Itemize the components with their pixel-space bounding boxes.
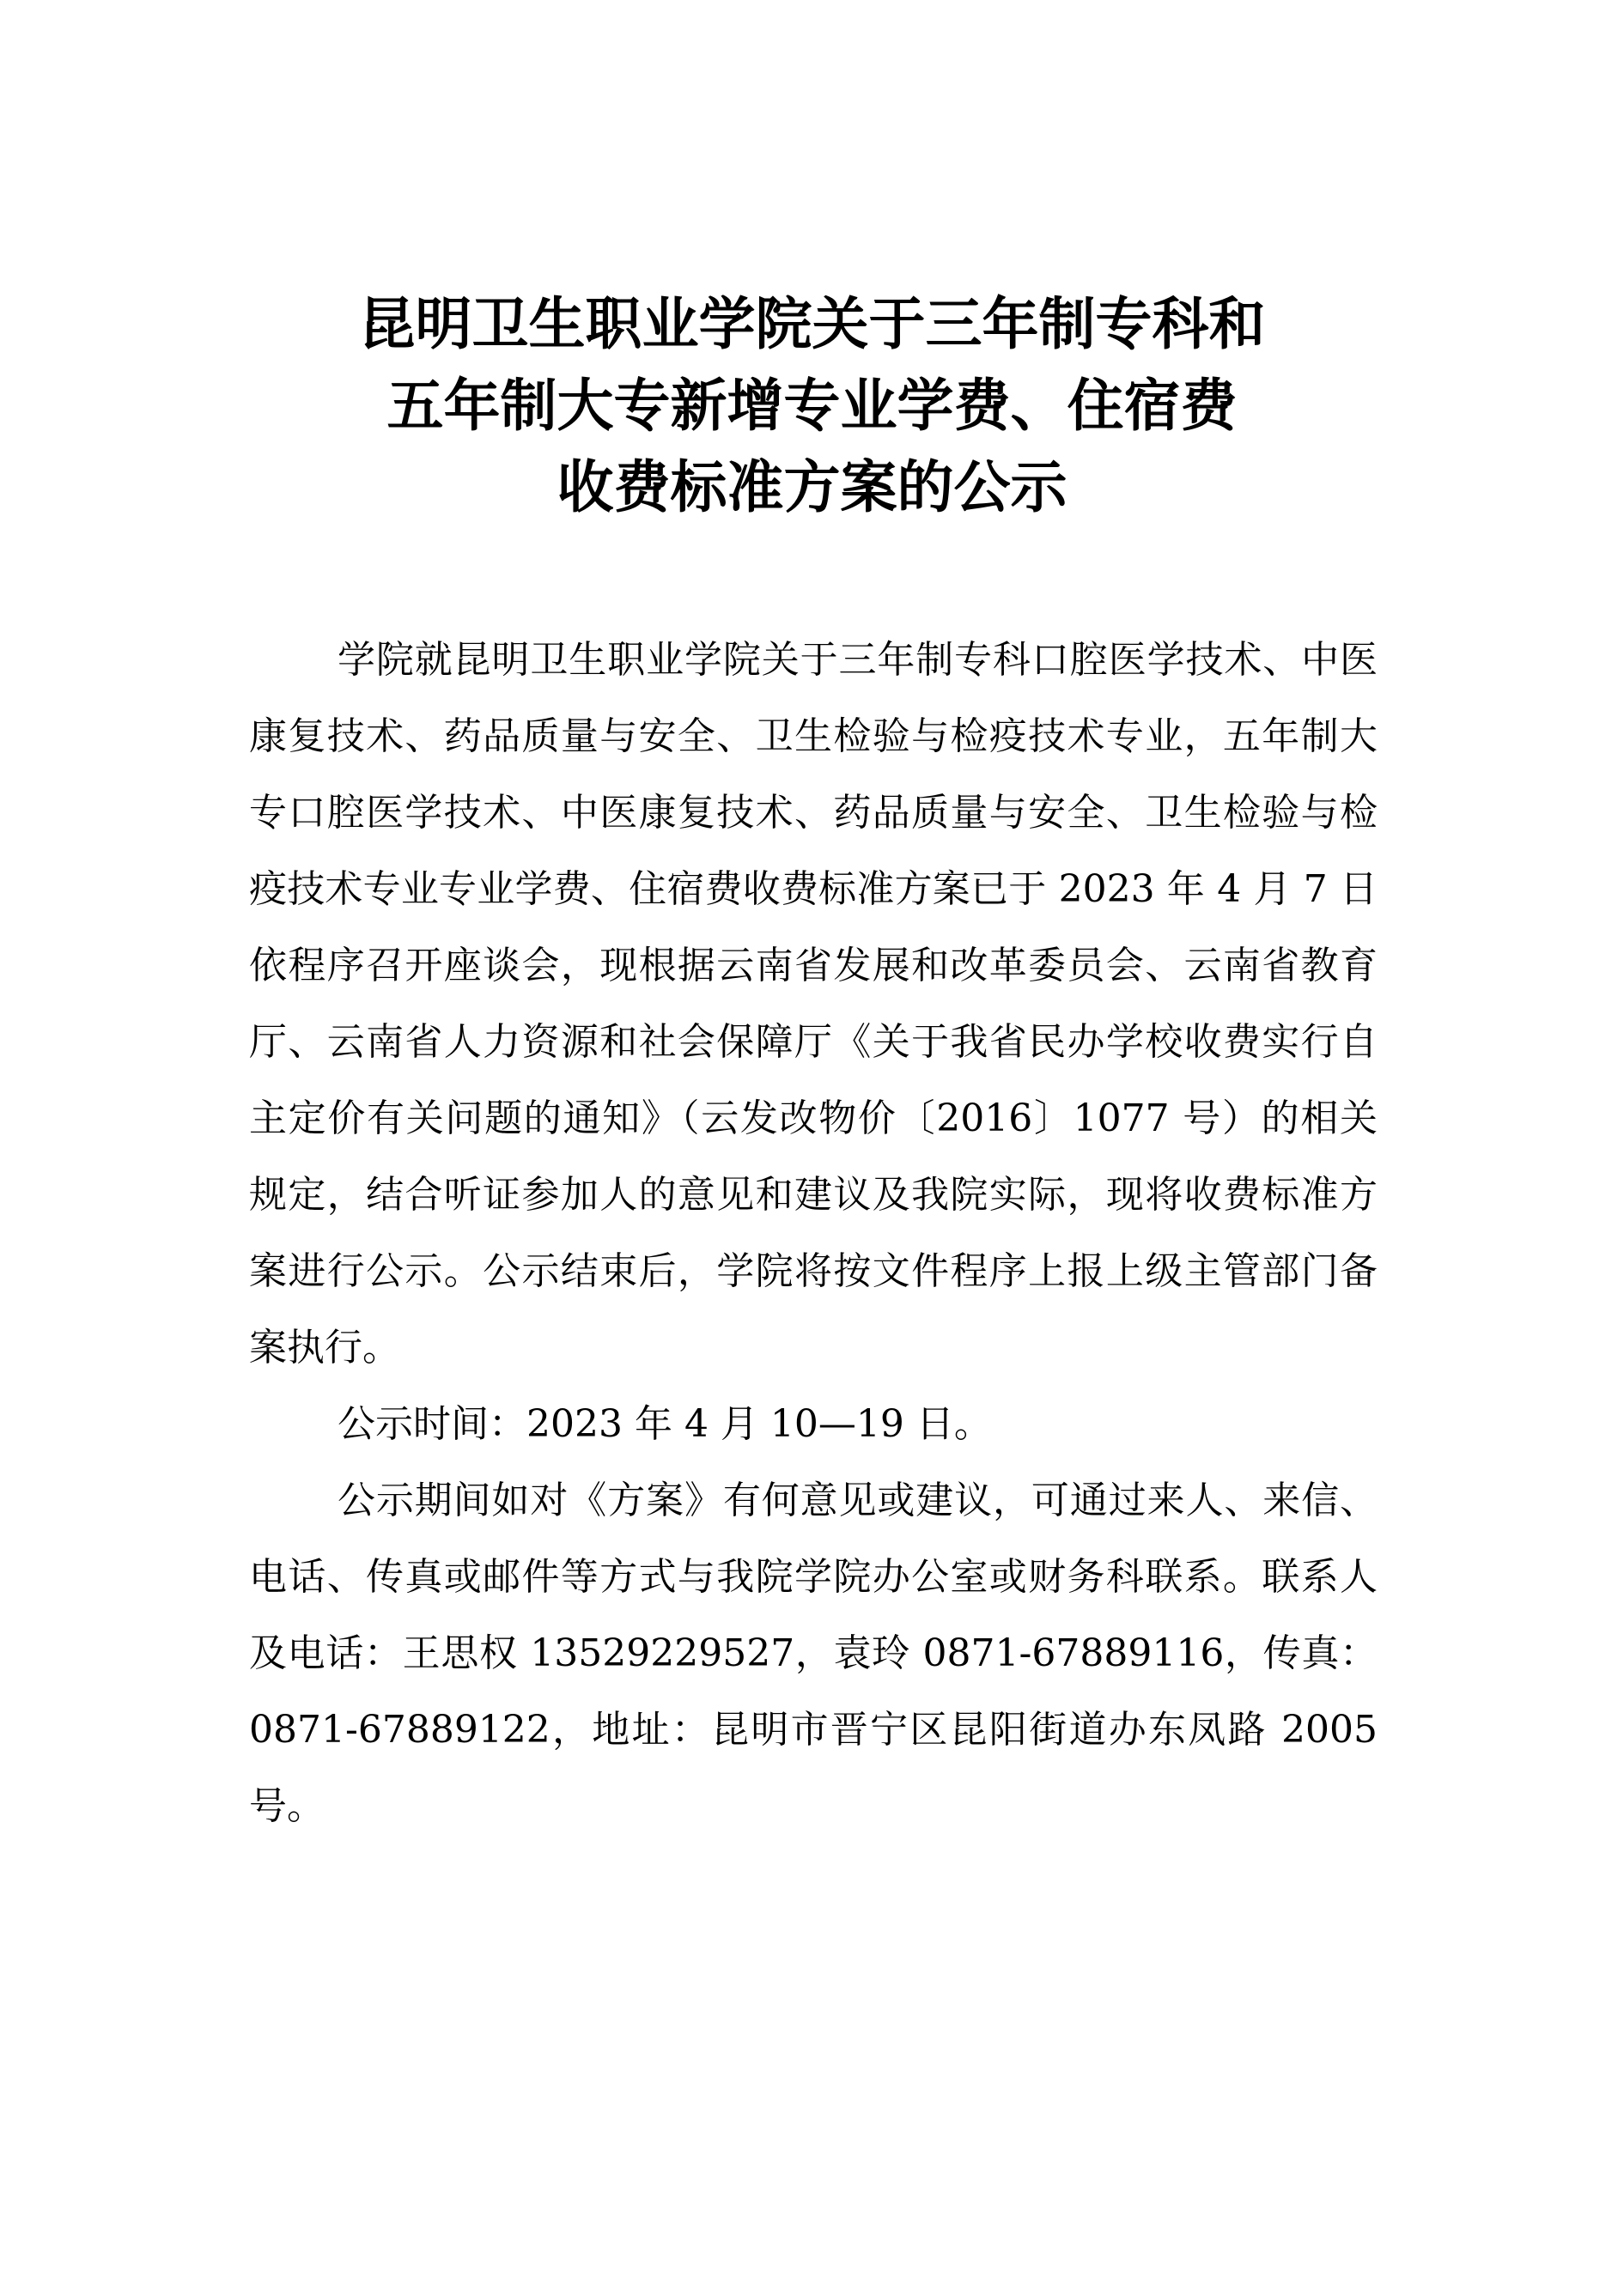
document-page: 昆明卫生职业学院关于三年制专科和 五年制大专新增专业学费、住宿费 收费标准方案的… xyxy=(0,0,1624,2296)
paragraph-notice-period: 公示时间：2023 年 4 月 10—19 日。 xyxy=(249,1386,1378,1462)
paragraph-announcement: 学院就昆明卫生职业学院关于三年制专科口腔医学技术、中医康复技术、药品质量与安全、… xyxy=(249,622,1378,1386)
title-line-1: 昆明卫生职业学院关于三年制专科和 xyxy=(0,283,1624,365)
document-title: 昆明卫生职业学院关于三年制专科和 五年制大专新增专业学费、住宿费 收费标准方案的… xyxy=(0,283,1624,528)
title-line-3: 收费标准方案的公示 xyxy=(0,446,1624,528)
document-body: 学院就昆明卫生职业学院关于三年制专科口腔医学技术、中医康复技术、药品质量与安全、… xyxy=(249,622,1378,1844)
paragraph-contact-info: 公示期间如对《方案》有何意见或建议，可通过来人、来信、电话、传真或邮件等方式与我… xyxy=(249,1462,1378,1844)
title-line-2: 五年制大专新增专业学费、住宿费 xyxy=(0,365,1624,446)
